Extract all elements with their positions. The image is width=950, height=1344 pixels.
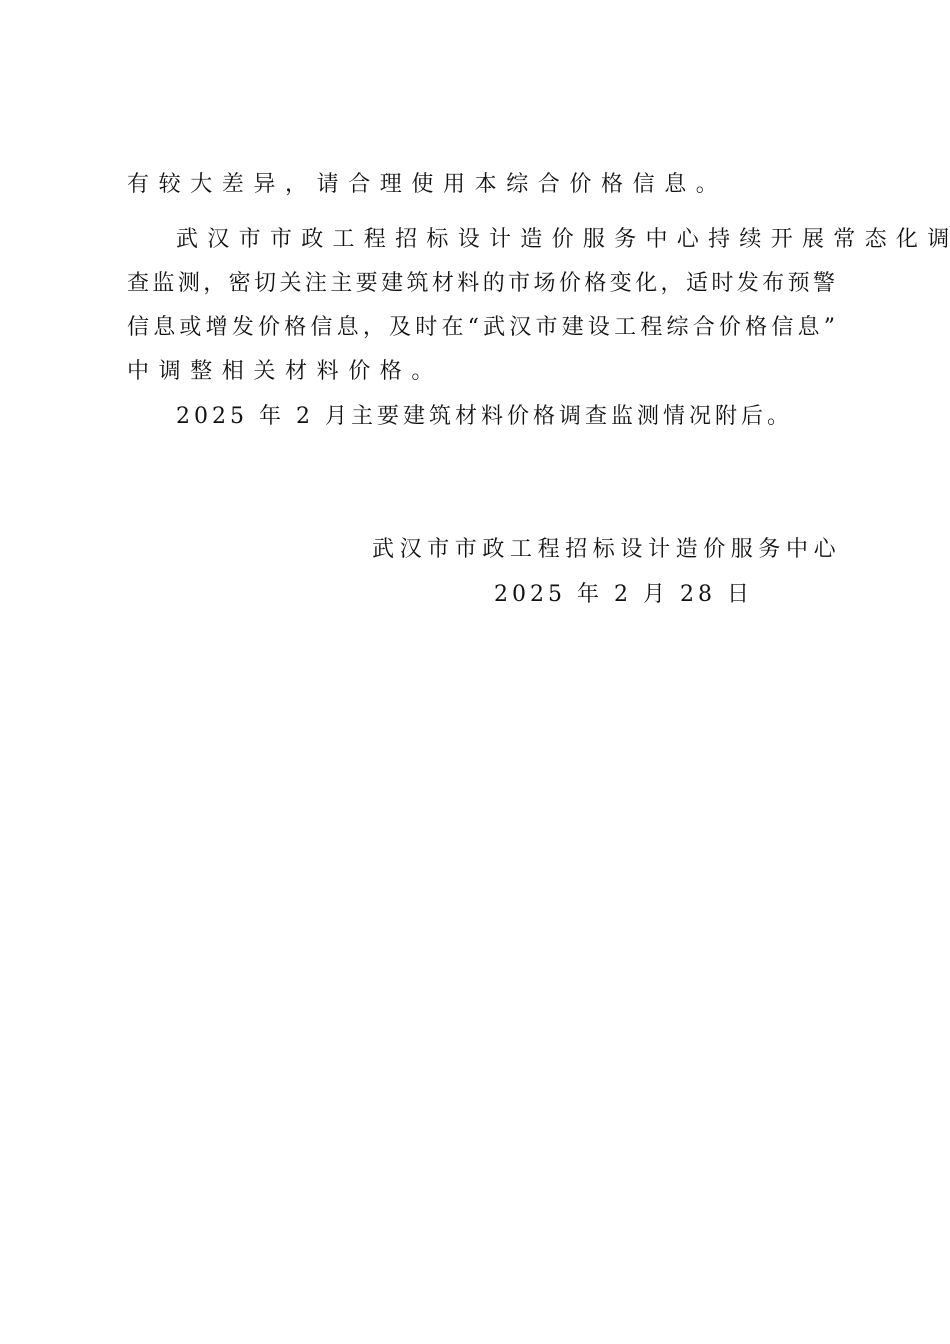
paragraph-1-line-1: 有较大差异，请合理使用本综合价格信息。 — [127, 170, 837, 200]
document-page: 有较大差异，请合理使用本综合价格信息。 武汉市市政工程招标设计造价服务中心持续开… — [0, 0, 950, 1344]
signature-organization: 武汉市市政工程招标设计造价服务中心 — [372, 535, 841, 565]
paragraph-3-line-1: 2025 年 2 月主要建筑材料价格调查监测情况附后。 — [176, 402, 886, 432]
paragraph-2-line-4: 中调整相关材料价格。 — [127, 357, 837, 387]
paragraph-2-line-2: 查监测，密切关注主要建筑材料的市场价格变化，适时发布预警 — [127, 269, 835, 299]
paragraph-2-line-1: 武汉市市政工程招标设计造价服务中心持续开展常态化调 — [176, 225, 836, 255]
paragraph-2-line-3: 信息或增发价格信息，及时在“武汉市建设工程综合价格信息” — [127, 313, 835, 343]
signature-date: 2025 年 2 月 28 日 — [494, 580, 753, 610]
